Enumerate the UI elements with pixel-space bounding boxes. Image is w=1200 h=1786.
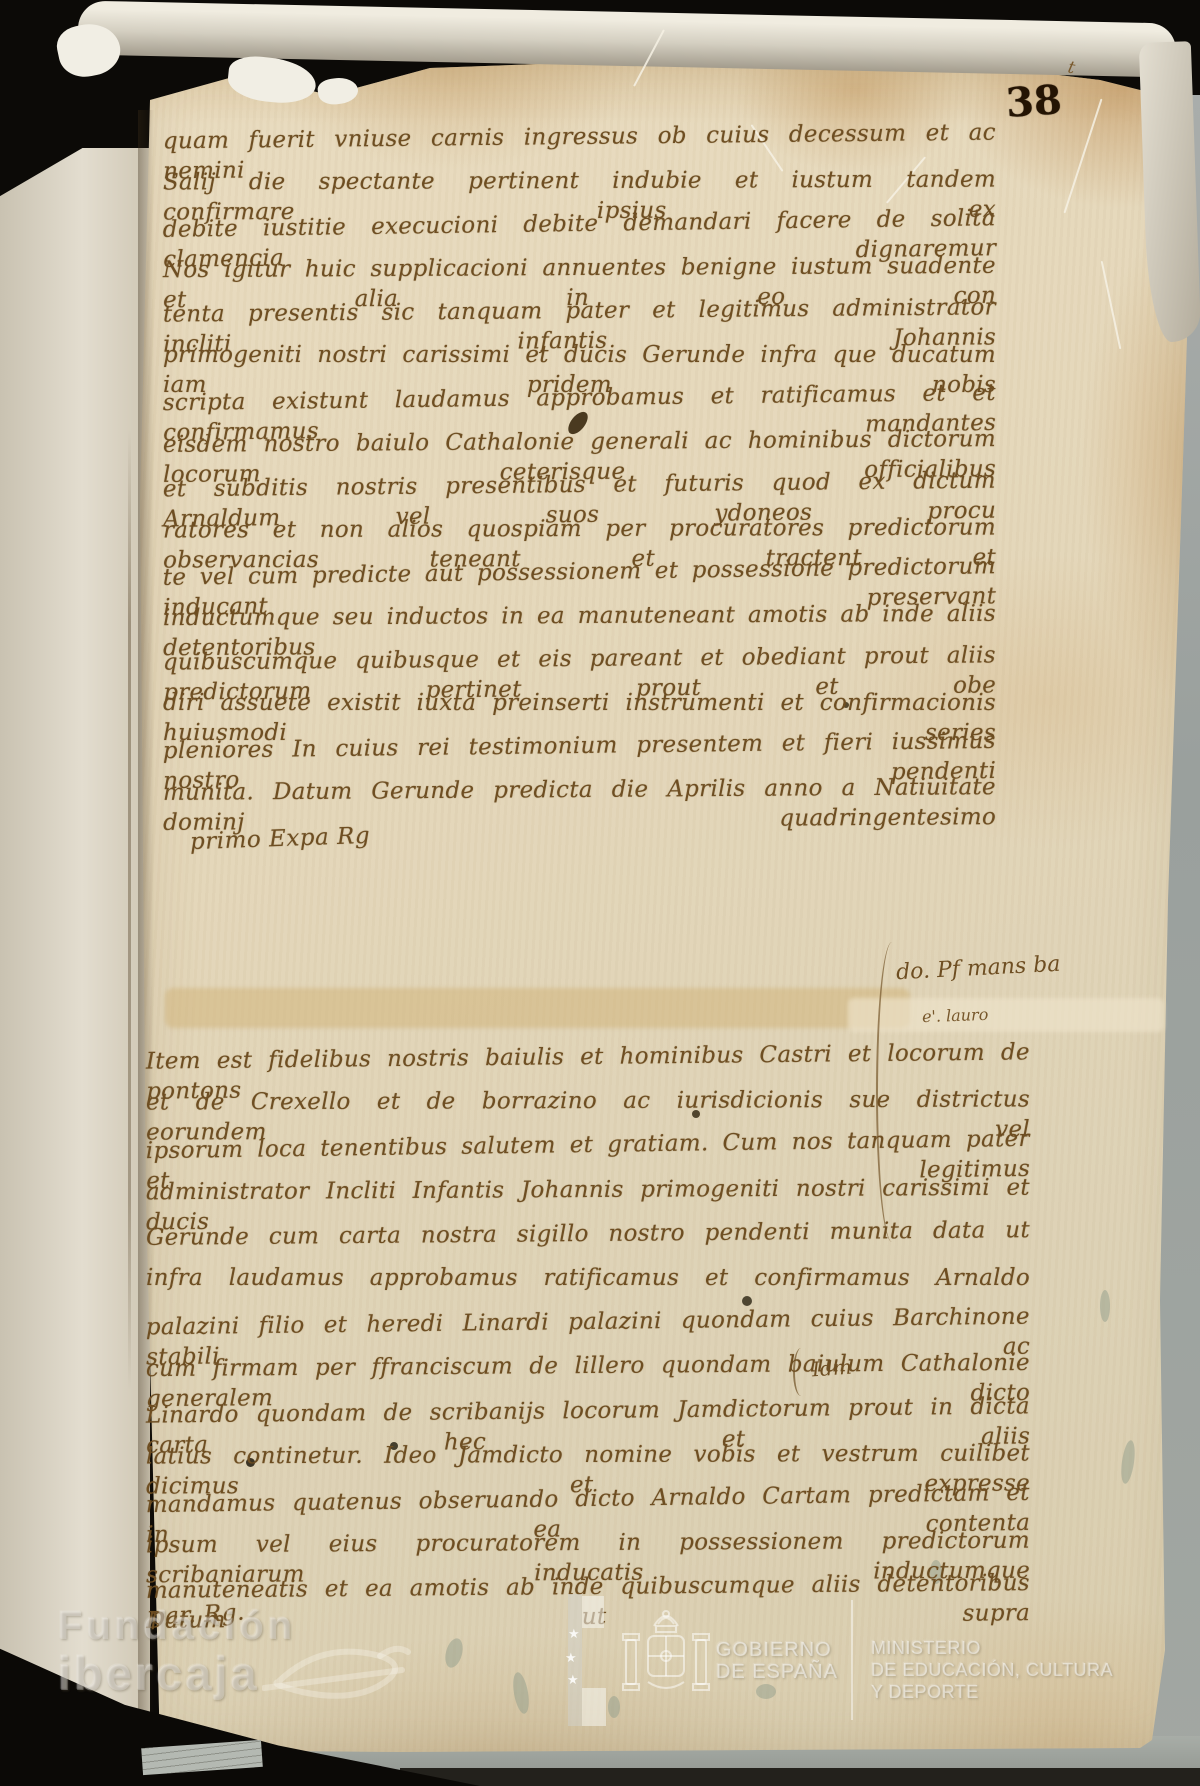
ministry-watermark-line1: MINISTERIO [871,1638,981,1659]
mat-shadow-strip [400,1768,1200,1786]
signature-bracket [793,1348,809,1396]
watermark-divider [851,1600,853,1720]
chancery-signature-line2: e'. lauro [922,1005,989,1026]
star-icon: ★ [568,1626,580,1642]
government-watermark-line2: DE ESPAÑA [716,1661,838,1684]
binding-crease [128,430,131,1390]
manuscript-photo: 38 t quam fuerit vniuse carnis ingressus… [0,0,1200,1786]
star-icon: ★ [565,1650,577,1666]
paragraph2-signature: Idm [811,1355,852,1382]
flag-watermark-block [582,1688,606,1726]
star-icon: ★ [567,1672,579,1688]
water-spot [1100,1290,1110,1322]
manuscript-line: infra laudamus approbamus ratificamus et… [146,1263,1030,1293]
ibercaja-swash-icon [262,1630,412,1716]
folio-number: 38 [1004,76,1063,127]
water-spot [756,1684,776,1699]
foundation-watermark-line1: Fundación [58,1604,296,1649]
flag-watermark-block [582,1596,604,1628]
tape-residue-band [165,988,910,1028]
spain-coat-of-arms-icon [618,1606,714,1708]
ministry-watermark-line3: Y DEPORTE [871,1682,979,1703]
government-watermark-line1: GOBIERNO [716,1639,832,1662]
foundation-watermark-line2: ibercaja [58,1646,260,1701]
ministry-watermark-line2: DE EDUCACIÓN, CULTURA [871,1660,1113,1681]
